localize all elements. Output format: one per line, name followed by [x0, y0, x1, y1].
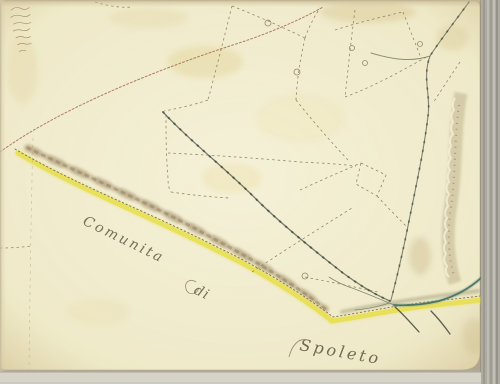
map-canvas: Comunita di Spoleto: [0, 0, 500, 384]
vignette: [1, 1, 480, 370]
bottom-strip: [0, 372, 481, 384]
right-book-edge: [481, 0, 500, 384]
left-edge-shadow: [0, 0, 6, 372]
top-edge-shadow: [0, 0, 481, 7]
bottom-scan-strip: [0, 372, 500, 384]
